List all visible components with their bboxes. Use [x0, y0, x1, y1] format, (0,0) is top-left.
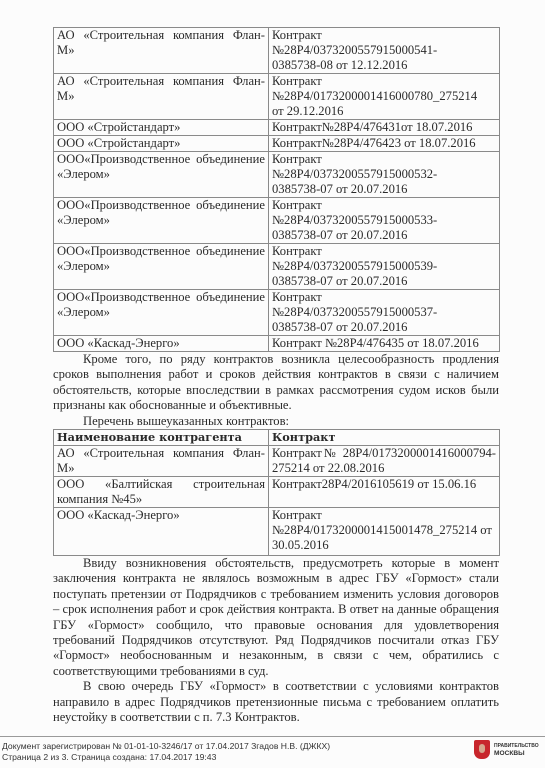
- paragraph-list-intro: Перечень вышеуказанных контрактов:: [53, 414, 499, 429]
- contract-line: Контракт №28Р4/476435 от 18.07.2016: [272, 336, 496, 351]
- counterparty-cell: ООО«Производственное объединение «Элером…: [54, 198, 269, 244]
- counterparty-cell: ООО «Стройстандарт»: [54, 120, 269, 136]
- contract-cell: Контракт№28Р4/0173200001416000780_275214…: [269, 74, 500, 120]
- table-row: ООО «Стройстандарт»Контракт№28Р4/476423 …: [54, 136, 500, 152]
- table-row: ООО «Каскад-Энерго» Контракт №28Р4/01732…: [54, 508, 500, 556]
- header-contract: Контракт: [269, 430, 500, 446]
- contract-line: 0385738-08 от 12.12.2016: [272, 58, 496, 73]
- registration-footer: Документ зарегистрирован № 01-01-10-3246…: [2, 741, 330, 763]
- contract-cell: Контракт№28Р4/0373200557915000532-038573…: [269, 152, 500, 198]
- table-row: ООО«Производственное объединение «Элером…: [54, 290, 500, 336]
- table-row: ООО«Производственное объединение «Элером…: [54, 152, 500, 198]
- logo-text-government: ПРАВИТЕЛЬСТВО: [494, 743, 539, 750]
- contract-cell: Контракт28Р4/2016105619 от 15.06.16: [269, 477, 500, 508]
- contract-line: №28Р4/0373200557915000532-: [272, 167, 496, 182]
- contract-line: Контракт№28Р4/476423 от 18.07.2016: [272, 136, 496, 151]
- contracts-table-2: Наименование контрагента Контракт АО «Ст…: [53, 429, 500, 556]
- registration-info: Документ зарегистрирован № 01-01-10-3246…: [2, 741, 330, 752]
- contract-line: Контракт: [272, 74, 496, 89]
- counterparty-cell: ООО«Производственное объединение «Элером…: [54, 152, 269, 198]
- contract-cell: Контракт№28Р4/476431от 18.07.2016: [269, 120, 500, 136]
- counterparty-cell: АО «Строительная компания Флан-М»: [54, 74, 269, 120]
- counterparty-cell: ООО «Каскад-Энерго»: [54, 336, 269, 352]
- counterparty-cell: ООО «Балтийская строительная компания №4…: [54, 477, 269, 508]
- contract-line: №28Р4/0373200557915000539-: [272, 259, 496, 274]
- counterparty-cell: ООО «Каскад-Энерго»: [54, 508, 269, 556]
- counterparty-cell: ООО«Производственное объединение «Элером…: [54, 290, 269, 336]
- contract-line: Контракт№28Р4/476431от 18.07.2016: [272, 120, 496, 135]
- table-row: ООО «Балтийская строительная компания №4…: [54, 477, 500, 508]
- contract-line: 0385738-07 от 20.07.2016: [272, 228, 496, 243]
- contract-cell: Контракт№28Р4/0373200557915000541-038573…: [269, 28, 500, 74]
- contract-line: 0385738-07 от 20.07.2016: [272, 182, 496, 197]
- moscow-coat-of-arms-icon: [474, 740, 490, 759]
- contract-line: Контракт: [272, 244, 496, 259]
- counterparty-cell: ООО «Стройстандарт»: [54, 136, 269, 152]
- header-counterparty: Наименование контрагента: [54, 430, 269, 446]
- contract-line: Контракт: [272, 152, 496, 167]
- table-row: АО «Строительная компания Флан-М»Контрак…: [54, 28, 500, 74]
- document-page: АО «Строительная компания Флан-М»Контрак…: [53, 27, 499, 726]
- moscow-government-logo: ПРАВИТЕЛЬСТВО МОСКВЫ: [494, 743, 539, 757]
- contract-line: №28Р4/0373200557915000541-: [272, 43, 496, 58]
- logo-text-moscow: МОСКВЫ: [494, 750, 539, 757]
- contract-line: Контракт: [272, 290, 496, 305]
- footer-divider: [0, 736, 545, 737]
- contract-line: №28Р4/0373200557915000533-: [272, 213, 496, 228]
- table-row: ООО«Производственное объединение «Элером…: [54, 198, 500, 244]
- contract-cell: Контракт№28Р4/0373200557915000533-038573…: [269, 198, 500, 244]
- contracts-table-1: АО «Строительная компания Флан-М»Контрак…: [53, 27, 500, 352]
- paragraph-claims: Ввиду возникновения обстоятельств, преду…: [53, 556, 499, 679]
- contract-line: 0385738-07 от 20.07.2016: [272, 320, 496, 335]
- contract-cell: Контракт №28Р4/476435 от 18.07.2016: [269, 336, 500, 352]
- contract-line: Контракт: [272, 28, 496, 43]
- contract-cell: Контракт№28Р4/0373200557915000537-038573…: [269, 290, 500, 336]
- paragraph-extension: Кроме того, по ряду контрактов возникла …: [53, 352, 499, 414]
- contract-line: №28Р4/0173200001416000780_275214: [272, 89, 496, 104]
- counterparty-cell: АО «Строительная компания Флан-М»: [54, 446, 269, 477]
- contract-cell: Контракт №28Р4/0173200001415001478_27521…: [269, 508, 500, 556]
- table-row: ООО «Стройстандарт»Контракт№28Р4/476431о…: [54, 120, 500, 136]
- page-info: Страница 2 из 3. Страница создана: 17.04…: [2, 752, 330, 763]
- counterparty-cell: АО «Строительная компания Флан-М»: [54, 28, 269, 74]
- contract-line: №28Р4/0373200557915000537-: [272, 305, 496, 320]
- contract-cell: Контракт№28Р4/476423 от 18.07.2016: [269, 136, 500, 152]
- table-header-row: Наименование контрагента Контракт: [54, 430, 500, 446]
- table-row: АО «Строительная компания Флан-М» Контра…: [54, 446, 500, 477]
- contract-line: от 29.12.2016: [272, 104, 496, 119]
- counterparty-cell: ООО«Производственное объединение «Элером…: [54, 244, 269, 290]
- contract-cell: Контракт№ 28Р4/0173200001416000794-27521…: [269, 446, 500, 477]
- contract-line: Контракт: [272, 198, 496, 213]
- table-row: АО «Строительная компания Флан-М»Контрак…: [54, 74, 500, 120]
- table-row: ООО«Производственное объединение «Элером…: [54, 244, 500, 290]
- paragraph-penalty: В свою очередь ГБУ «Гормост» в соответст…: [53, 679, 499, 725]
- contract-cell: Контракт№28Р4/0373200557915000539-038573…: [269, 244, 500, 290]
- table-row: ООО «Каскад-Энерго»Контракт №28Р4/476435…: [54, 336, 500, 352]
- contract-line: 0385738-07 от 20.07.2016: [272, 274, 496, 289]
